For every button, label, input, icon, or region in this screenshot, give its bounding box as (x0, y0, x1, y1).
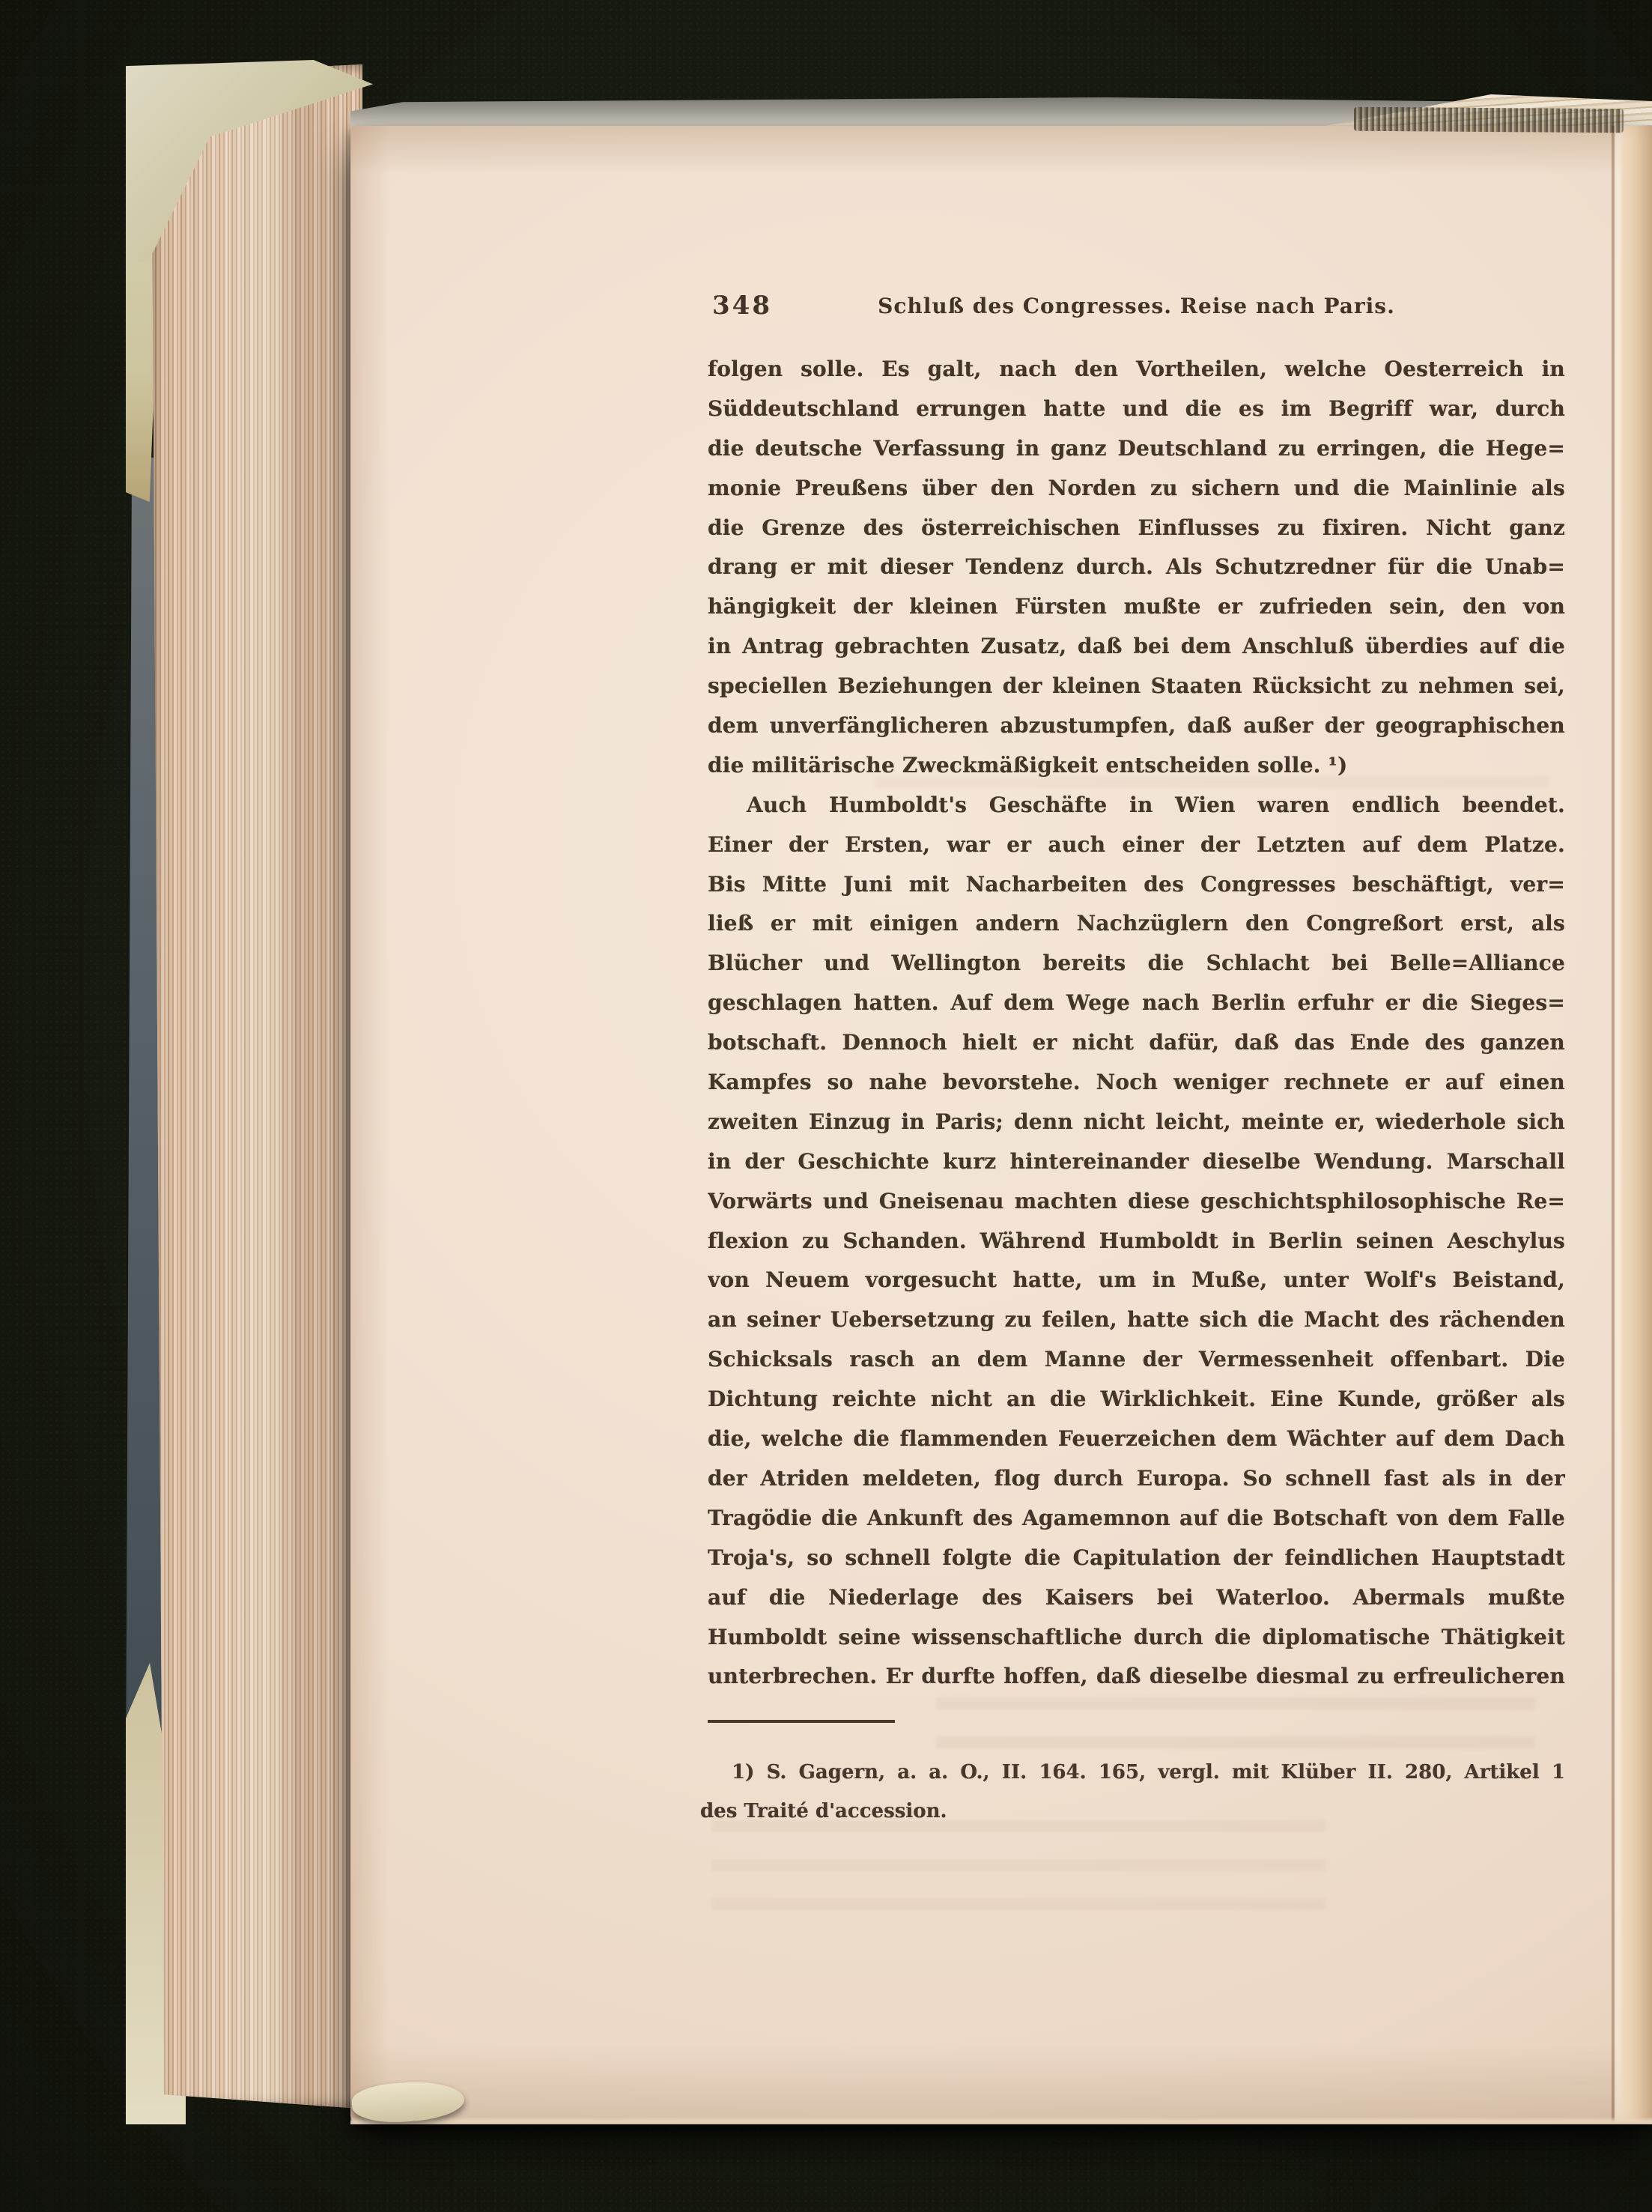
text-line: unterbrechen. Er durfte hoffen, daß dies… (708, 1657, 1565, 1697)
ink-bleedthrough (711, 1820, 1325, 1918)
text-line: von Neuem vorgesucht hatte, um in Muße, … (708, 1261, 1565, 1300)
headband-fray (1354, 107, 1624, 133)
text-line: speciellen Beziehungen der kleinen Staat… (708, 667, 1565, 706)
text-line: die, welche die flammenden Feuerzeichen … (708, 1419, 1565, 1459)
text-line: geschlagen hatten. Auf dem Wege nach Ber… (708, 984, 1565, 1023)
text-line: Dichtung reichte nicht an die Wirklichke… (708, 1380, 1565, 1419)
book: 348 Schluß des Congresses. Reise nach Pa… (126, 60, 1652, 2124)
text-line: Tragödie die Ankunft des Agamemnon auf d… (708, 1499, 1565, 1539)
running-header-row: 348 Schluß des Congresses. Reise nach Pa… (708, 288, 1565, 328)
text-line: Schicksals rasch an dem Manne der Vermes… (708, 1340, 1565, 1380)
text-line: hängigkeit der kleinen Fürsten mußte er … (708, 587, 1565, 627)
text-line: flexion zu Schanden. Während Humboldt in… (708, 1222, 1565, 1261)
page-gutter-fold (1612, 126, 1652, 2124)
text-line: an seiner Uebersetzung zu feilen, hatte … (708, 1300, 1565, 1340)
text-line: folgen solle. Es galt, nach den Vortheil… (708, 350, 1565, 390)
text-body: folgen solle. Es galt, nach den Vortheil… (708, 350, 1565, 1697)
text-line: drang er mit dieser Tendenz durch. Als S… (708, 548, 1565, 587)
text-line: der Atriden meldeten, flog durch Europa.… (708, 1459, 1565, 1499)
text-line: Vorwärts und Gneisenau machten diese ges… (708, 1182, 1565, 1222)
text-line: Bis Mitte Juni mit Nacharbeiten des Cong… (708, 865, 1565, 905)
ink-bleedthrough (936, 1697, 1535, 1757)
text-line: in der Geschichte kurz hintereinander di… (708, 1142, 1565, 1182)
text-line: botschaft. Dennoch hielt er nicht dafür,… (708, 1023, 1565, 1063)
photo-background: 348 Schluß des Congresses. Reise nach Pa… (0, 0, 1652, 2212)
footnote-line: des Traité d'accession. (700, 1792, 1565, 1831)
text-line: die militärische Zweckmäßigkeit entschei… (708, 746, 1565, 786)
page-stack-fore-edge (151, 64, 362, 2111)
text-line: Blücher und Wellington bereits die Schla… (708, 944, 1565, 984)
text-line: in Antrag gebrachten Zusatz, daß bei dem… (708, 627, 1565, 667)
running-header: Schluß des Congresses. Reise nach Paris. (708, 288, 1565, 318)
text-line: auf die Niederlage des Kaisers bei Water… (708, 1578, 1565, 1618)
text-line: dem unverfänglicheren abzustumpfen, daß … (708, 706, 1565, 746)
footnote-rule (708, 1720, 895, 1723)
text-line: Auch Humboldt's Geschäfte in Wien waren … (708, 786, 1565, 825)
page-number: 348 (712, 291, 772, 321)
text-line: Kampfes so nahe bevorstehe. Noch weniger… (708, 1063, 1565, 1103)
text-line: ließ er mit einigen andern Nachzüglern d… (708, 904, 1565, 944)
footnote: 1) S. Gagern, a. a. O., II. 164. 165, ve… (700, 1753, 1565, 1831)
text-line: Troja's, so schnell folgte die Capitulat… (708, 1539, 1565, 1578)
text-line: die Grenze des österreichischen Einfluss… (708, 509, 1565, 548)
cover-corner-curl (350, 2079, 465, 2125)
text-line: zweiten Einzug in Paris; denn nicht leic… (708, 1103, 1565, 1142)
text-line: monie Preußens über den Norden zu sicher… (708, 469, 1565, 509)
text-line: Humboldt seine wissenschaftliche durch d… (708, 1618, 1565, 1658)
text-line: die deutsche Verfassung in ganz Deutschl… (708, 429, 1565, 469)
book-page: 348 Schluß des Congresses. Reise nach Pa… (350, 126, 1652, 2124)
text-line: Süddeutschland errungen hatte und die es… (708, 390, 1565, 429)
text-line: Einer der Ersten, war er auch einer der … (708, 825, 1565, 865)
footnote-line: 1) S. Gagern, a. a. O., II. 164. 165, ve… (700, 1753, 1565, 1792)
